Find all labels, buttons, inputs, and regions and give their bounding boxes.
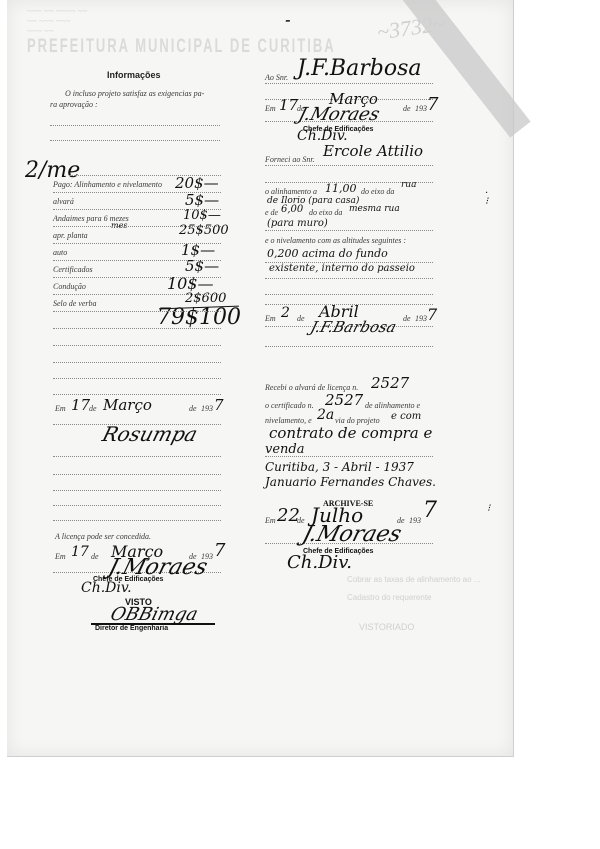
top-mark: ⁃ xyxy=(283,14,290,30)
alinhamento-value-4: mesma rua xyxy=(349,204,400,214)
dotted-line xyxy=(50,140,220,141)
ao-snr-value: J.F.Barbosa xyxy=(297,56,421,81)
dotted-line xyxy=(265,278,433,279)
recebi-value: 2527 xyxy=(371,374,409,392)
dotted-line xyxy=(53,520,221,521)
dotted-line xyxy=(265,456,433,457)
signature-archive: J.Moraes xyxy=(300,522,405,547)
ghost-text-1: Cobrar as taxas de alinhamento ao ... xyxy=(347,575,480,584)
fee-label-planta: apr. planta xyxy=(53,231,88,240)
faded-letterhead: PREFEITURA MUNICIPAL DE CURITIBA xyxy=(27,34,327,70)
r-date1-year-suffix: 7 xyxy=(427,94,438,115)
margin-punch-mark: ⁝ xyxy=(487,505,490,513)
r-date2-year-suffix: 7 xyxy=(427,305,437,324)
fee-label-alvara: alvará xyxy=(53,197,74,206)
margin-punch-mark: ·⁝ xyxy=(485,190,488,206)
dotted-line xyxy=(265,262,433,263)
r-date2-year-prefix: 193 xyxy=(415,314,427,323)
signature-informacoes: Rosumpa xyxy=(100,422,200,446)
date1-month: Março xyxy=(103,396,152,414)
intro-line-1: O incluso projeto satisfaz as exigencias… xyxy=(65,89,204,98)
fee-value-planta: 25$500 xyxy=(179,223,229,238)
r-date1-day: 17 xyxy=(279,96,298,114)
r-date2-prefix: Em xyxy=(265,314,276,323)
signature-director: OBBimga xyxy=(108,604,200,625)
dotted-line xyxy=(53,394,221,395)
dotted-line xyxy=(50,125,220,126)
nivelamento-line-1: 0,200 acima do fundo xyxy=(267,247,388,260)
intro-line-2: ra aprovação : xyxy=(50,100,98,109)
date1-prefix: Em xyxy=(55,404,66,413)
alinhamento-value-2: rua xyxy=(401,180,416,190)
r-date2-de2: de xyxy=(403,314,411,323)
forneci-label: Forneci ao Snr. xyxy=(265,155,315,164)
fee-value-andaimes: 10$— xyxy=(183,208,221,223)
fee-value-alvara: 5$— xyxy=(185,191,219,209)
initials-left: Ch.Div. xyxy=(81,580,132,596)
date1-year-prefix: 193 xyxy=(201,404,213,413)
dotted-line xyxy=(53,328,221,329)
dotted-line xyxy=(265,346,433,347)
dotted-line xyxy=(53,456,221,457)
via-hand-1: e com xyxy=(391,411,421,422)
fees-total: 79$100 xyxy=(157,305,241,330)
certificado-label-2: de alinhamento e xyxy=(365,401,420,410)
faded-handwriting: ~~~ ~~ ~~~~ ~~~~ ~~~ ~~~~~~ ~~ xyxy=(27,6,227,36)
signature-chefe-right: J.Moraes xyxy=(296,104,382,125)
via-hand-4: Curitiba, 3 - Abril - 1937 xyxy=(265,460,414,474)
dotted-line xyxy=(265,230,433,231)
dotted-line xyxy=(53,474,221,475)
r-date1-year-prefix: 193 xyxy=(415,104,427,113)
alinhamento-value-3: 6,00 xyxy=(281,204,303,215)
fee-label-selo: Selo de verba xyxy=(53,299,97,308)
r-date3-year-prefix: 193 xyxy=(409,516,421,525)
r-date1-de2: de xyxy=(403,104,411,113)
via-hand-5: Januario Fernandes Chaves. xyxy=(265,475,436,489)
date1-year-suffix: 7 xyxy=(214,396,224,414)
via-hand-3: venda xyxy=(265,442,304,457)
certificado-label-1: o certificado n. xyxy=(265,401,314,410)
fee-value-alinhamento: 20$— xyxy=(175,174,219,192)
fee-value-selo: 2$600 xyxy=(185,291,226,306)
dotted-line xyxy=(265,294,433,295)
via-value: 2a xyxy=(317,407,334,423)
r-date3-de: de xyxy=(297,516,305,525)
dotted-line xyxy=(53,345,221,346)
date2-year-suffix: 7 xyxy=(214,540,225,561)
nivelamento-line-2: existente, interno do passeio xyxy=(269,263,415,274)
date1-de: de xyxy=(89,404,97,413)
fee-label-conducao: Condução xyxy=(53,282,86,291)
r-date2-day: 2 xyxy=(281,305,290,321)
alinhamento-label-1: o alinhamento a xyxy=(265,187,317,196)
scanned-document-page: ~~~ ~~ ~~~~ ~~~~ ~~~ ~~~~~~ ~~ PREFEITUR… xyxy=(7,0,514,757)
fee-label-auto: auto xyxy=(53,248,67,257)
alinhamento-label-2: do eixo da xyxy=(361,187,394,196)
date2-prefix: Em xyxy=(55,552,66,561)
date1-de2: de xyxy=(189,404,197,413)
date2-day: 17 xyxy=(71,544,89,560)
alinhamento-label-4: do eixo da xyxy=(309,208,342,217)
ghost-text-3: VISTORIADO xyxy=(359,622,414,632)
dotted-line xyxy=(53,505,221,506)
initials-right-2: Ch.Div. xyxy=(287,552,352,573)
r-date3-year-suffix: 7 xyxy=(423,498,437,523)
informacoes-title: Informações xyxy=(107,70,161,80)
signature-barbosa: J.F.Barbosa xyxy=(309,318,399,336)
fee-label-certificados: Certificados xyxy=(53,265,93,274)
ao-snr-label: Ao Snr. xyxy=(265,73,288,82)
alinhamento-label-3: e de xyxy=(265,208,278,217)
alinhamento-value-1: 11,00 xyxy=(325,182,357,195)
ghost-text-2: Cadastro do requerente xyxy=(347,593,432,602)
director-title: Diretor de Engenharia xyxy=(95,625,168,632)
license-text: A licença pode ser concedida. xyxy=(55,532,151,541)
alinhamento-line-4: (para muro) xyxy=(267,218,328,229)
dotted-line xyxy=(53,378,221,379)
dotted-line xyxy=(53,490,221,491)
date2-de: de xyxy=(91,552,99,561)
r-date1-prefix: Em xyxy=(265,104,276,113)
date1-day: 17 xyxy=(71,396,90,414)
forneci-value: Ercole Attilio xyxy=(323,142,423,160)
fee-value-certificados: 5$— xyxy=(185,257,219,275)
dotted-line xyxy=(53,311,221,312)
via-hand-2: contrato de compra e xyxy=(269,424,432,442)
r-date2-de: de xyxy=(297,314,305,323)
dotted-line xyxy=(53,362,221,363)
dotted-line xyxy=(265,83,433,84)
fee-label-alinhamento: Pago: Alinhamento e nivelamento xyxy=(53,180,162,189)
nivelamento-label: e o nivelamento com as altitudes seguint… xyxy=(265,236,406,245)
r-date3-prefix: Em xyxy=(265,516,276,525)
dotted-line xyxy=(265,165,433,166)
